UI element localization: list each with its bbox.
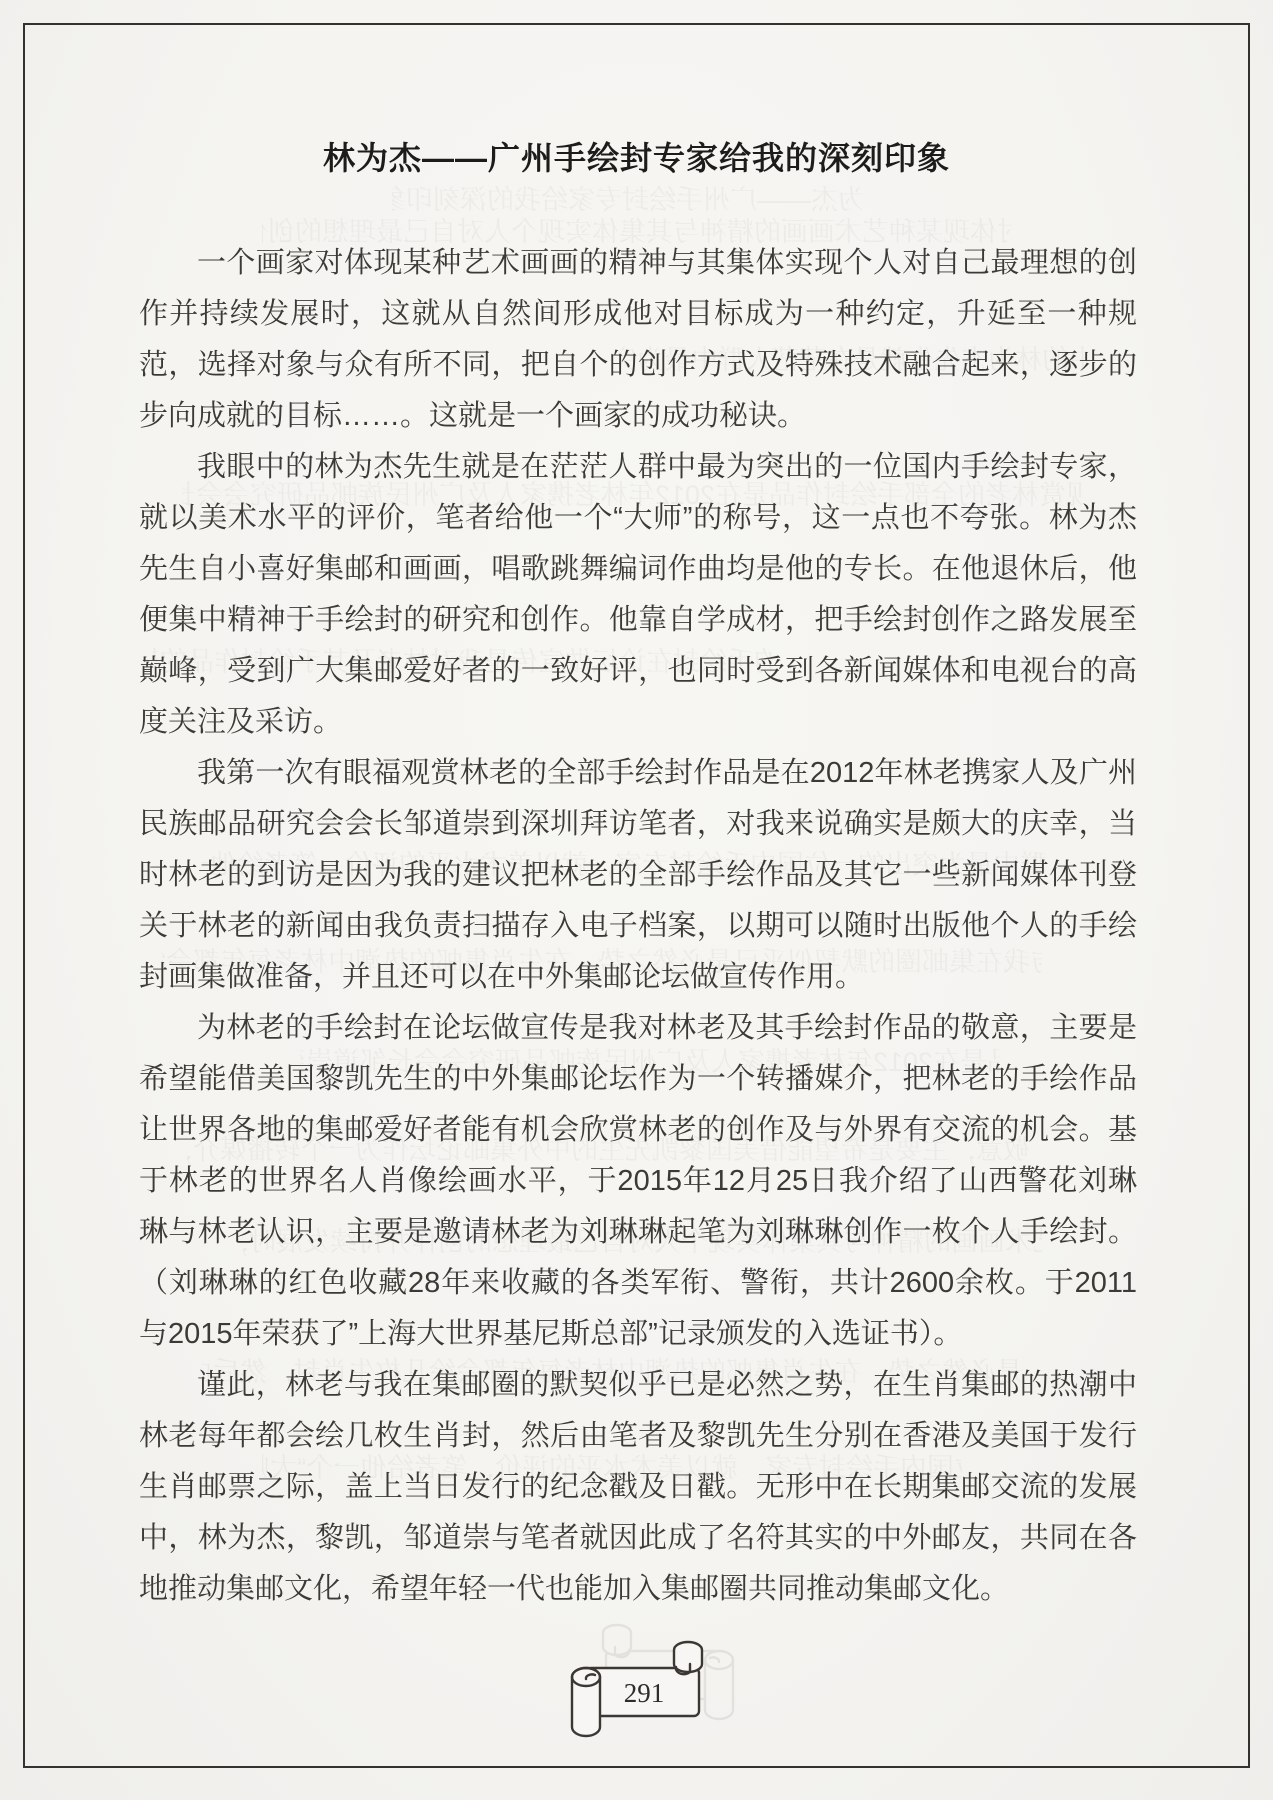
paragraph: 为林老的手绘封在论坛做宣传是我对林老及其手绘封作品的敬意，主要是希望能借美国黎凯… [139, 1003, 1137, 1360]
paragraph: 我眼中的林为杰先生就是在茫茫人群中最为突出的一位国内手绘封专家，就以美术水平的评… [139, 442, 1137, 748]
article-title: 林为杰——广州手绘封专家给我的深刻印象 [0, 133, 1273, 179]
page-number: 291 [624, 1678, 665, 1708]
paragraph: 我第一次有眼福观赏林老的全部手绘封作品是在2012年林老携家人及广州民族邮品研究… [139, 748, 1137, 1003]
scanned-book-page: 林为杰——广州手绘封专家给我的深刻印象 一个画家对体现某种艺术画画的精神与其集体… [0, 0, 1273, 1800]
paragraph: 谨此，林老与我在集邮圈的默契似乎已是必然之势，在生肖集邮的热潮中林老每年都会绘几… [139, 1360, 1137, 1615]
scroll-banner-icon: 291 [566, 1636, 711, 1742]
article-body: 一个画家对体现某种艺术画画的精神与其集体实现个人对自己最理想的创作并持续发展时，… [139, 238, 1137, 1615]
paragraph: 一个画家对体现某种艺术画画的精神与其集体实现个人对自己最理想的创作并持续发展时，… [139, 238, 1137, 442]
